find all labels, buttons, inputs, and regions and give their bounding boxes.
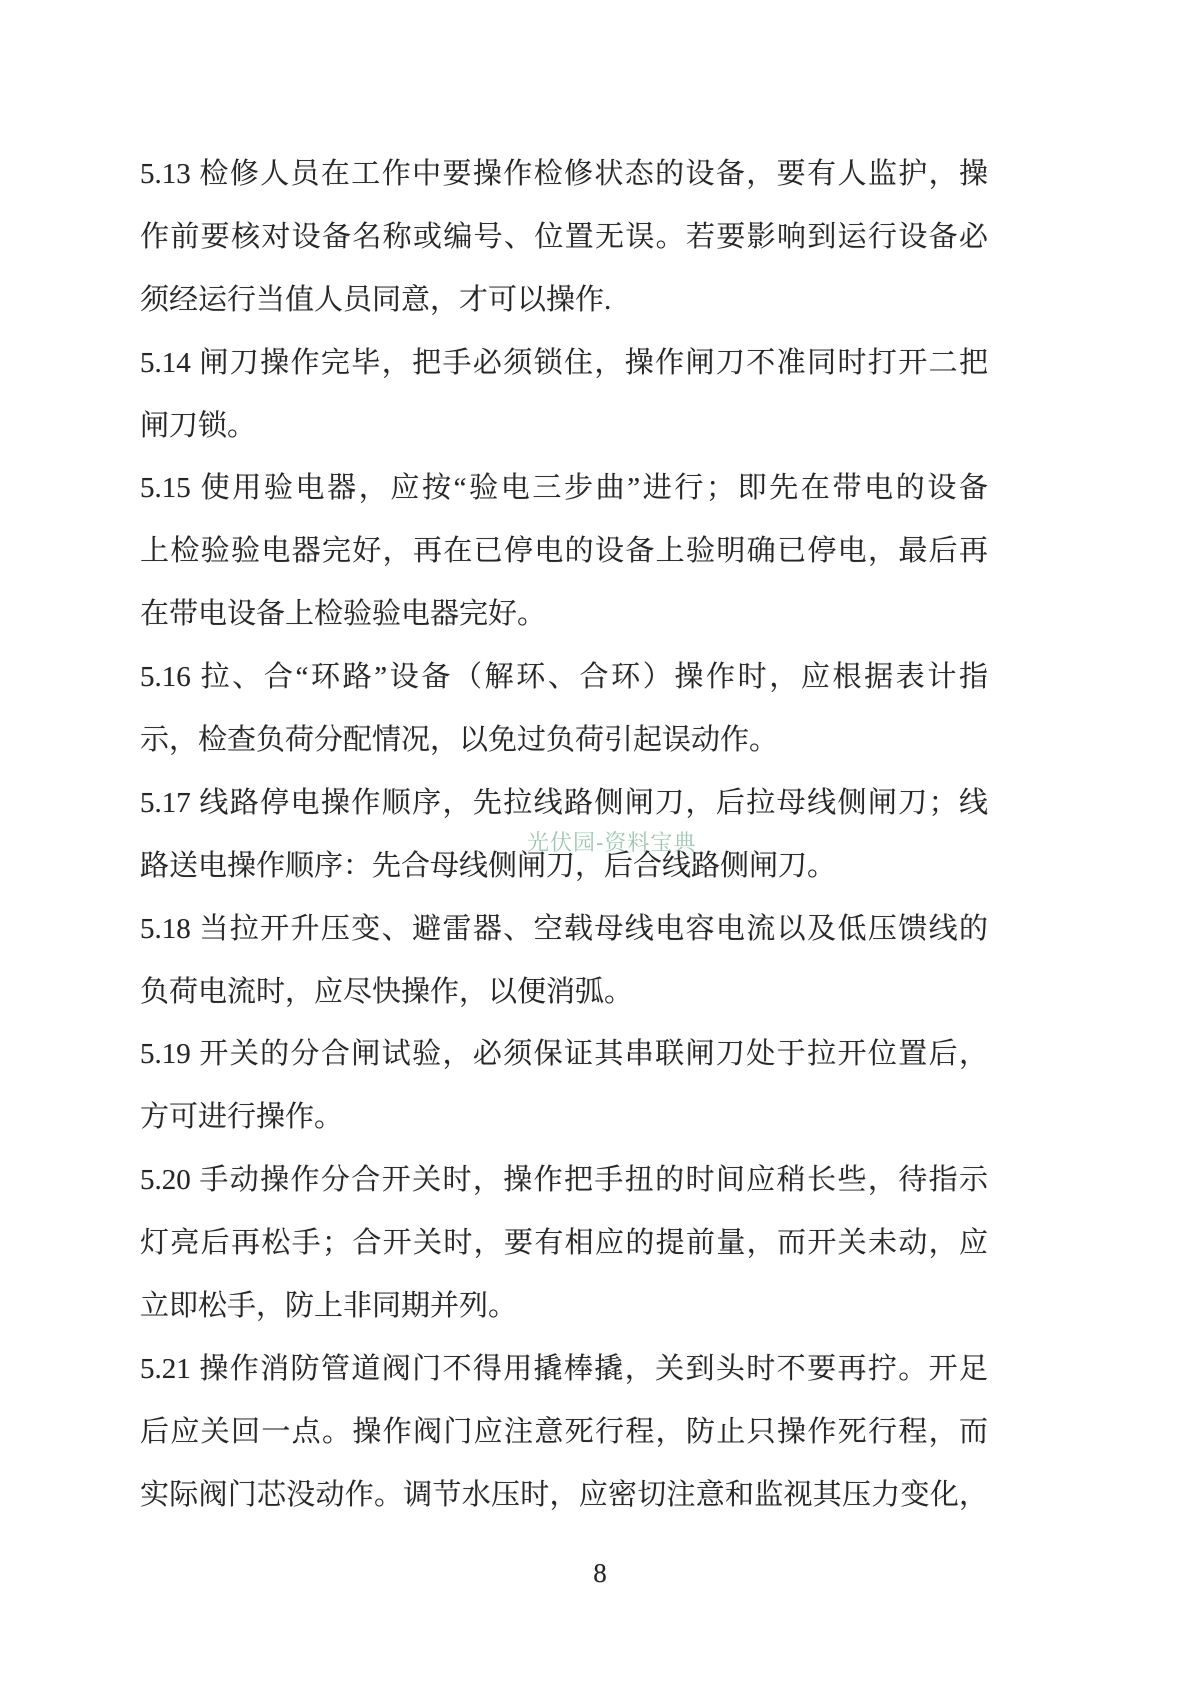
section-5.15: 5.15 使用验电器，应按“验电三步曲”进行；即先在带电的设备上检验验电器完好，… — [140, 457, 988, 646]
text-line: 5.16 拉、合“环路”设备（解环、合环）操作时，应根据表计指 — [140, 646, 988, 709]
text-line: 5.18 当拉开升压变、避雷器、空载母线电容电流以及低压馈线的 — [140, 898, 988, 961]
section-5.13: 5.13 检修人员在工作中要操作检修状态的设备，要有人监护，操作前要核对设备名称… — [140, 143, 988, 332]
text-line: 5.21 操作消防管道阀门不得用撬棒撬，关到头时不要再拧。开足 — [140, 1338, 988, 1401]
text-line: 立即松手，防上非同期并列。 — [140, 1275, 988, 1338]
section-5.14: 5.14 闸刀操作完毕，把手必须锁住，操作闸刀不准同时打开二把闸刀锁。 — [140, 332, 988, 458]
text-line: 须经运行当值人员同意，才可以操作. — [140, 269, 988, 332]
section-5.16: 5.16 拉、合“环路”设备（解环、合环）操作时，应根据表计指示，检查负荷分配情… — [140, 646, 988, 772]
section-5.19: 5.19 开关的分合闸试验，必须保证其串联闸刀处于拉开位置后，方可进行操作。 — [140, 1023, 988, 1149]
text-line: 上检验验电器完好，再在已停电的设备上验明确已停电，最后再 — [140, 520, 988, 583]
text-line: 5.20 手动操作分合开关时，操作把手扭的时间应稍长些，待指示 — [140, 1149, 988, 1212]
text-line: 后应关回一点。操作阀门应注意死行程，防止只操作死行程，而 — [140, 1401, 988, 1464]
document-page: 5.13 检修人员在工作中要操作检修状态的设备，要有人监护，操作前要核对设备名称… — [0, 0, 1200, 1694]
text-line: 在带电设备上检验验电器完好。 — [140, 583, 988, 646]
text-line: 作前要核对设备名称或编号、位置无误。若要影响到运行设备必 — [140, 206, 988, 269]
text-line: 5.17 线路停电操作顺序，先拉线路侧闸刀，后拉母线侧闸刀；线 — [140, 772, 988, 835]
section-5.21: 5.21 操作消防管道阀门不得用撬棒撬，关到头时不要再拧。开足后应关回一点。操作… — [140, 1338, 988, 1527]
text-line: 方可进行操作。 — [140, 1086, 988, 1149]
text-line: 5.13 检修人员在工作中要操作检修状态的设备，要有人监护，操 — [140, 143, 988, 206]
page-number: 8 — [0, 1558, 1200, 1589]
text-line: 实际阀门芯没动作。调节水压时，应密切注意和监视其压力变化， — [140, 1464, 988, 1527]
text-line: 灯亮后再松手；合开关时，要有相应的提前量，而开关未动，应 — [140, 1212, 988, 1275]
section-5.17: 5.17 线路停电操作顺序，先拉线路侧闸刀，后拉母线侧闸刀；线路送电操作顺序：先… — [140, 772, 988, 898]
text-line: 示，检查负荷分配情况，以免过负荷引起误动作。 — [140, 709, 988, 772]
section-5.20: 5.20 手动操作分合开关时，操作把手扭的时间应稍长些，待指示灯亮后再松手；合开… — [140, 1149, 988, 1338]
text-line: 路送电操作顺序：先合母线侧闸刀，后合线路侧闸刀。 — [140, 835, 988, 898]
text-line: 5.19 开关的分合闸试验，必须保证其串联闸刀处于拉开位置后， — [140, 1023, 988, 1086]
text-line: 5.14 闸刀操作完毕，把手必须锁住，操作闸刀不准同时打开二把 — [140, 332, 988, 395]
text-line: 5.15 使用验电器，应按“验电三步曲”进行；即先在带电的设备 — [140, 457, 988, 520]
text-line: 闸刀锁。 — [140, 395, 988, 458]
section-5.18: 5.18 当拉开升压变、避雷器、空载母线电容电流以及低压馈线的负荷电流时，应尽快… — [140, 898, 988, 1024]
document-body: 5.13 检修人员在工作中要操作检修状态的设备，要有人监护，操作前要核对设备名称… — [140, 143, 988, 1527]
text-line: 负荷电流时，应尽快操作，以便消弧。 — [140, 961, 988, 1024]
